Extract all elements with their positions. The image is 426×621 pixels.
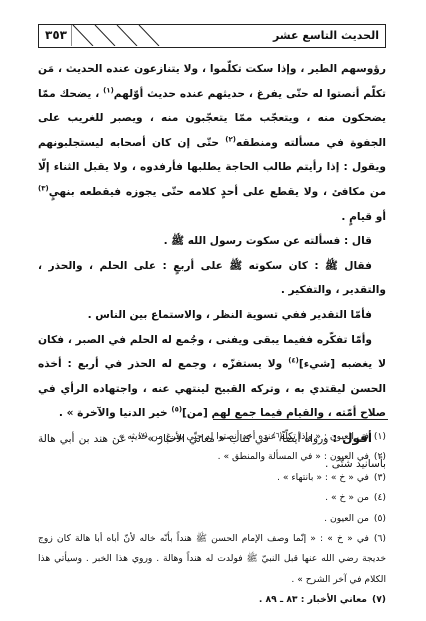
footnote-text: من العيون . xyxy=(324,513,369,524)
paragraph-4: فأمّا التقدير ففي تسوية النظر ، والاستما… xyxy=(38,303,386,328)
footnote-text: في « خ » : « بانتهاء » . xyxy=(277,472,369,483)
footnote-separator xyxy=(213,419,388,420)
footnote-ref-1[interactable]: (١) xyxy=(103,86,114,94)
footnote-number: (٥) xyxy=(374,509,386,529)
footnote-number: (١) xyxy=(374,427,386,447)
footnote-ref-2[interactable]: (٢) xyxy=(225,135,236,143)
footnote-text: في العيون : « في المسألة والمنطق » . xyxy=(218,451,369,462)
footnote-text: في « خ » : « إنّما وصف الإمام الحسن ﷺ هن… xyxy=(38,533,386,585)
footnote-3: (٣)في « خ » : « بانتهاء » . xyxy=(38,468,386,488)
footnote-1: (١)في العيون : « وإذا تكلّم عنده أحد أنص… xyxy=(38,427,386,447)
footnote-4: (٤)من « خ » . xyxy=(38,488,386,508)
page-number: ٣٥٣ xyxy=(39,25,73,46)
footnote-ref-5[interactable]: (٥) xyxy=(171,406,182,414)
footnote-2: (٢)في العيون : « في المسألة والمنطق » . xyxy=(38,447,386,467)
footnote-number: (٧) xyxy=(372,590,386,610)
footnote-text: في العيون : « وإذا تكلّم عنده أحد أنصتوا… xyxy=(113,431,369,442)
footnote-number: (٢) xyxy=(374,447,386,467)
footnote-6: (٦)في « خ » : « إنّما وصف الإمام الحسن ﷺ… xyxy=(38,529,386,590)
chapter-title: الحديث التاسع عشر xyxy=(273,25,379,46)
footnote-text: معاني الأخبار : ٨٣ ـ ٨٩ . xyxy=(259,594,367,605)
footnote-number: (٦) xyxy=(374,529,386,549)
footnotes: (١)في العيون : « وإذا تكلّم عنده أحد أنص… xyxy=(38,427,386,611)
main-text: رؤوسهم الطير ، وإذا سكت تكلّموا ، ولا يت… xyxy=(38,57,386,476)
footnote-number: (٣) xyxy=(374,468,386,488)
text: خير الدنيا والآخرة » . xyxy=(59,407,168,419)
header-hatch-decoration xyxy=(71,25,171,46)
footnote-text: من « خ » . xyxy=(325,492,369,503)
footnote-7: (٧)معاني الأخبار : ٨٣ ـ ٨٩ . xyxy=(38,590,386,610)
paragraph-1: رؤوسهم الطير ، وإذا سكت تكلّموا ، ولا يت… xyxy=(38,57,386,229)
paragraph-5: وأمّا تفكّره ففيما يبقى ويفنى ، وجُمع له… xyxy=(38,328,386,426)
paragraph-3: فقال ﷺ : كان سكوته ﷺ على أربعٍ : على الح… xyxy=(38,254,386,303)
footnote-ref-3[interactable]: (٣) xyxy=(38,184,49,192)
footnote-number: (٤) xyxy=(374,488,386,508)
footnote-ref-4[interactable]: (٤) xyxy=(288,357,299,365)
paragraph-2: قال : فسألته عن سكوت رسول الله ﷺ . xyxy=(38,229,386,254)
footnote-5: (٥)من العيون . xyxy=(38,509,386,529)
text: أو قيامٍ . xyxy=(341,211,386,223)
running-header: ٣٥٣ الحديث التاسع عشر xyxy=(38,24,386,48)
